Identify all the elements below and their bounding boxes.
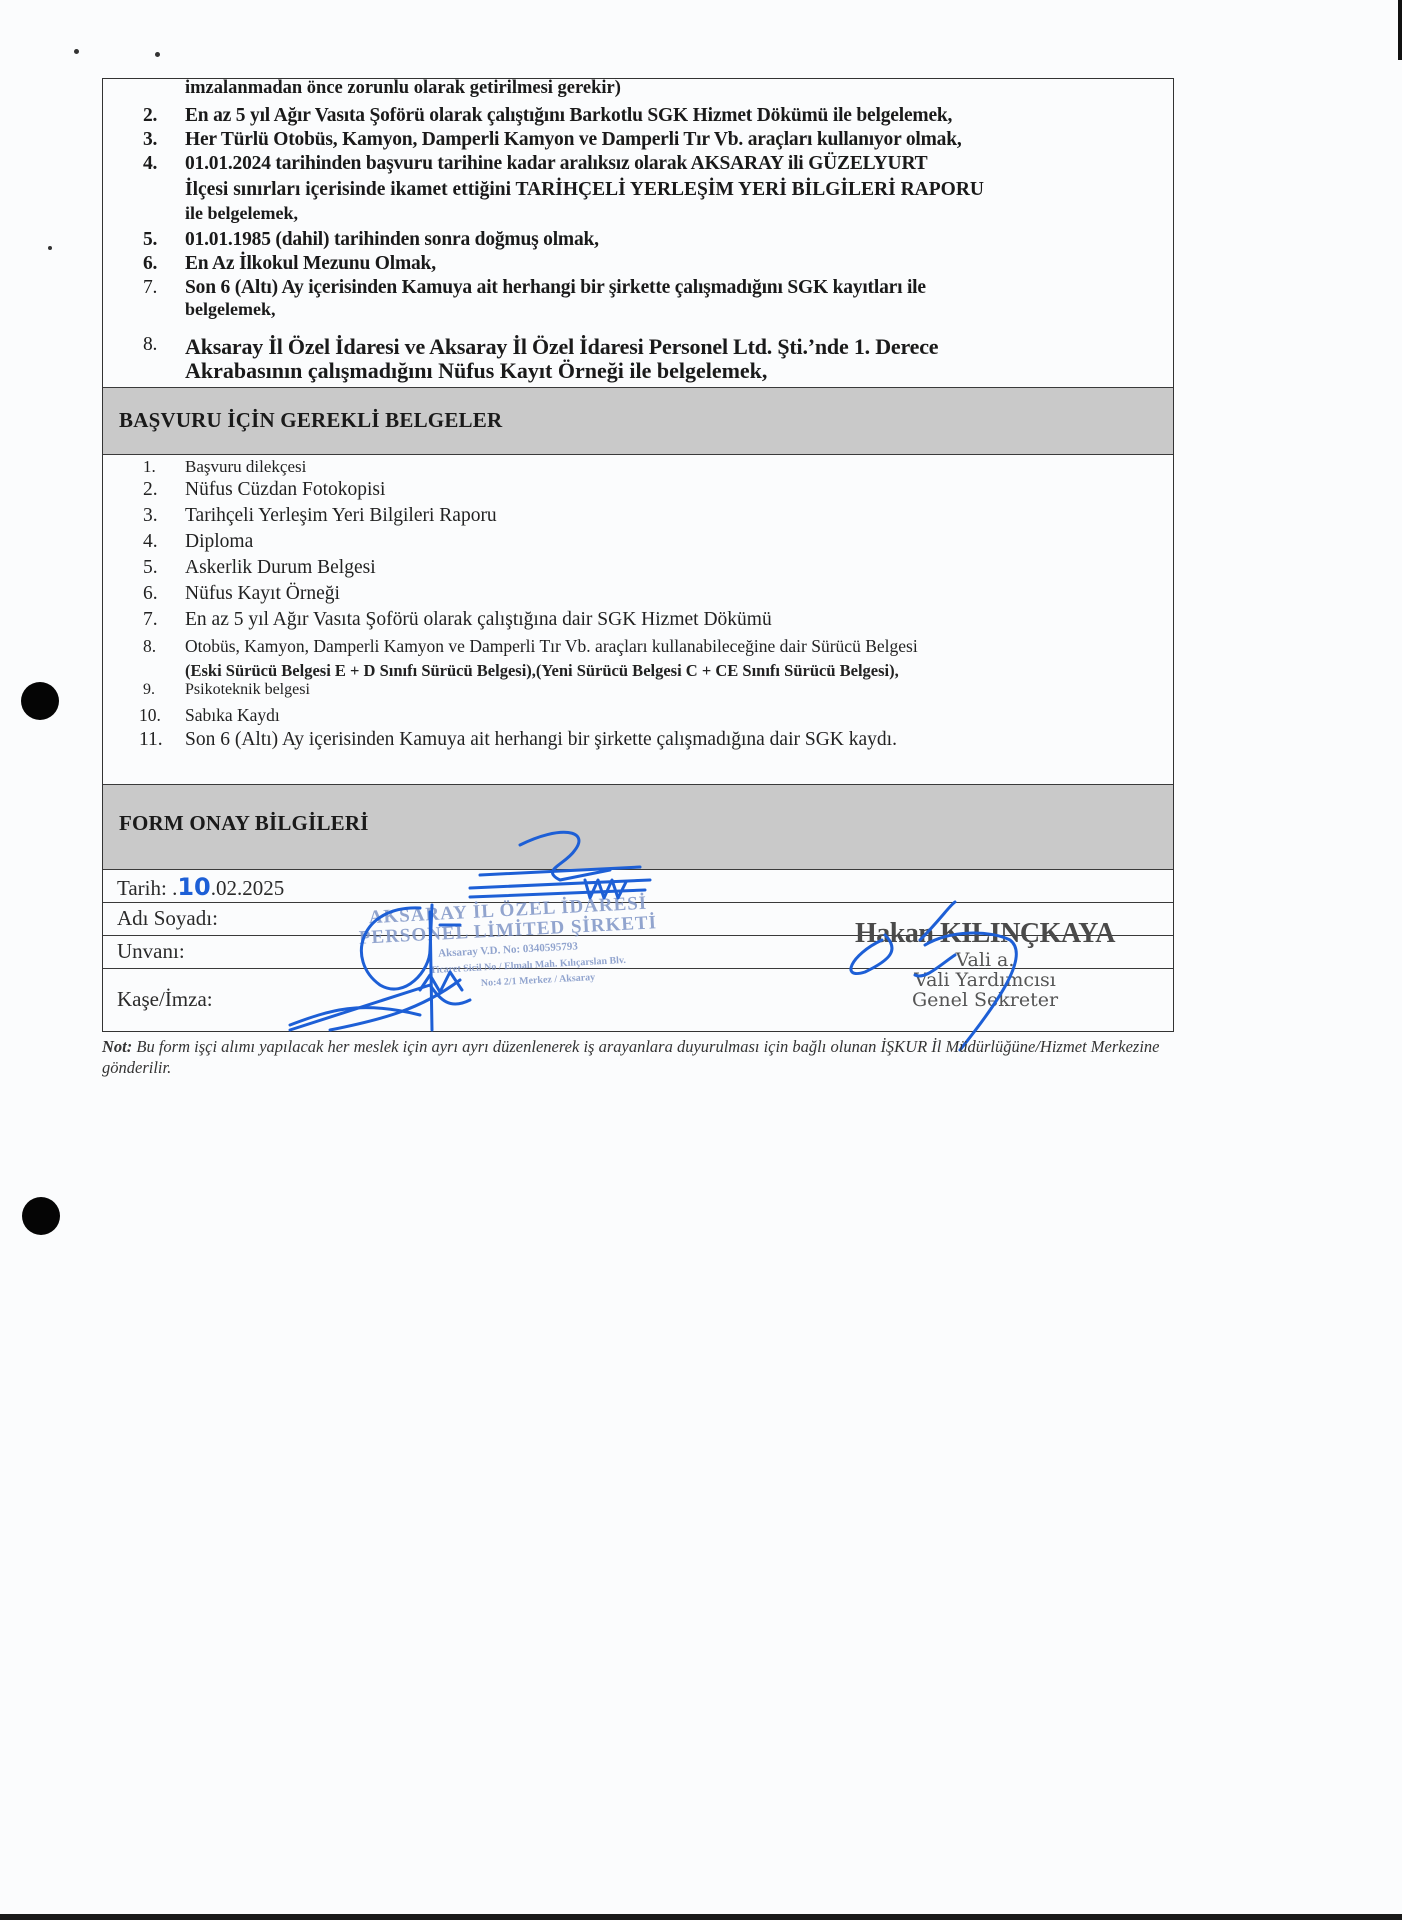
name-field-label: Adı Soyadı: xyxy=(117,906,218,931)
scan-speck xyxy=(74,49,79,54)
requirement-continuation: İlçesi sınırları içerisinde ikamet ettiğ… xyxy=(185,179,984,201)
stamp-signature-label: Kaşe/İmza: xyxy=(117,987,213,1012)
title-field-label: Unvanı: xyxy=(117,939,185,964)
requirement-continuation: belgelemek, xyxy=(185,299,275,320)
scan-edge xyxy=(0,1914,1402,1920)
approval-header: FORM ONAY BİLGİLERİ xyxy=(103,785,1173,869)
documents-section: 1.Başvuru dilekçesi 2.Nüfus Cüzdan Fotok… xyxy=(103,455,1173,785)
requirement-continuation: Akrabasının çalışmadığını Nüfus Kayıt Ör… xyxy=(185,358,767,384)
documents-header: BAŞVURU İÇİN GEREKLİ BELGELER xyxy=(103,388,1173,454)
section-title: FORM ONAY BİLGİLERİ xyxy=(119,811,369,836)
requirement-continuation: ile belgelemek, xyxy=(185,203,298,224)
requirement-continuation: imzalanmadan önce zorunlu olarak getiril… xyxy=(185,78,621,99)
scan-edge xyxy=(1398,0,1402,60)
company-stamp: AKSARAY İL ÖZEL İDARESİ PERSONEL LİMİTED… xyxy=(348,900,668,986)
form-table: imzalanmadan önce zorunlu olarak getiril… xyxy=(102,78,1174,1032)
requirements-section: imzalanmadan önce zorunlu olarak getiril… xyxy=(103,79,1173,387)
scan-speck xyxy=(48,246,52,250)
section-title: BAŞVURU İÇİN GEREKLİ BELGELER xyxy=(119,408,502,433)
footer-note: Not: Bu form işçi alımı yapılacak her me… xyxy=(102,1036,1192,1078)
date-field[interactable]: Tarih: .10.02.2025 xyxy=(117,873,284,901)
handwritten-day: 10 xyxy=(177,873,210,901)
punch-hole xyxy=(22,1197,60,1235)
scan-speck xyxy=(155,52,160,57)
punch-hole xyxy=(21,682,59,720)
official-name: Hakan KILINÇKAYA xyxy=(850,918,1120,950)
official-stamp: Hakan KILINÇKAYA Vali a. Vali Yardımcısı… xyxy=(850,918,1120,1010)
document-continuation: (Eski Sürücü Belgesi E + D Sınıfı Sürücü… xyxy=(185,661,899,681)
